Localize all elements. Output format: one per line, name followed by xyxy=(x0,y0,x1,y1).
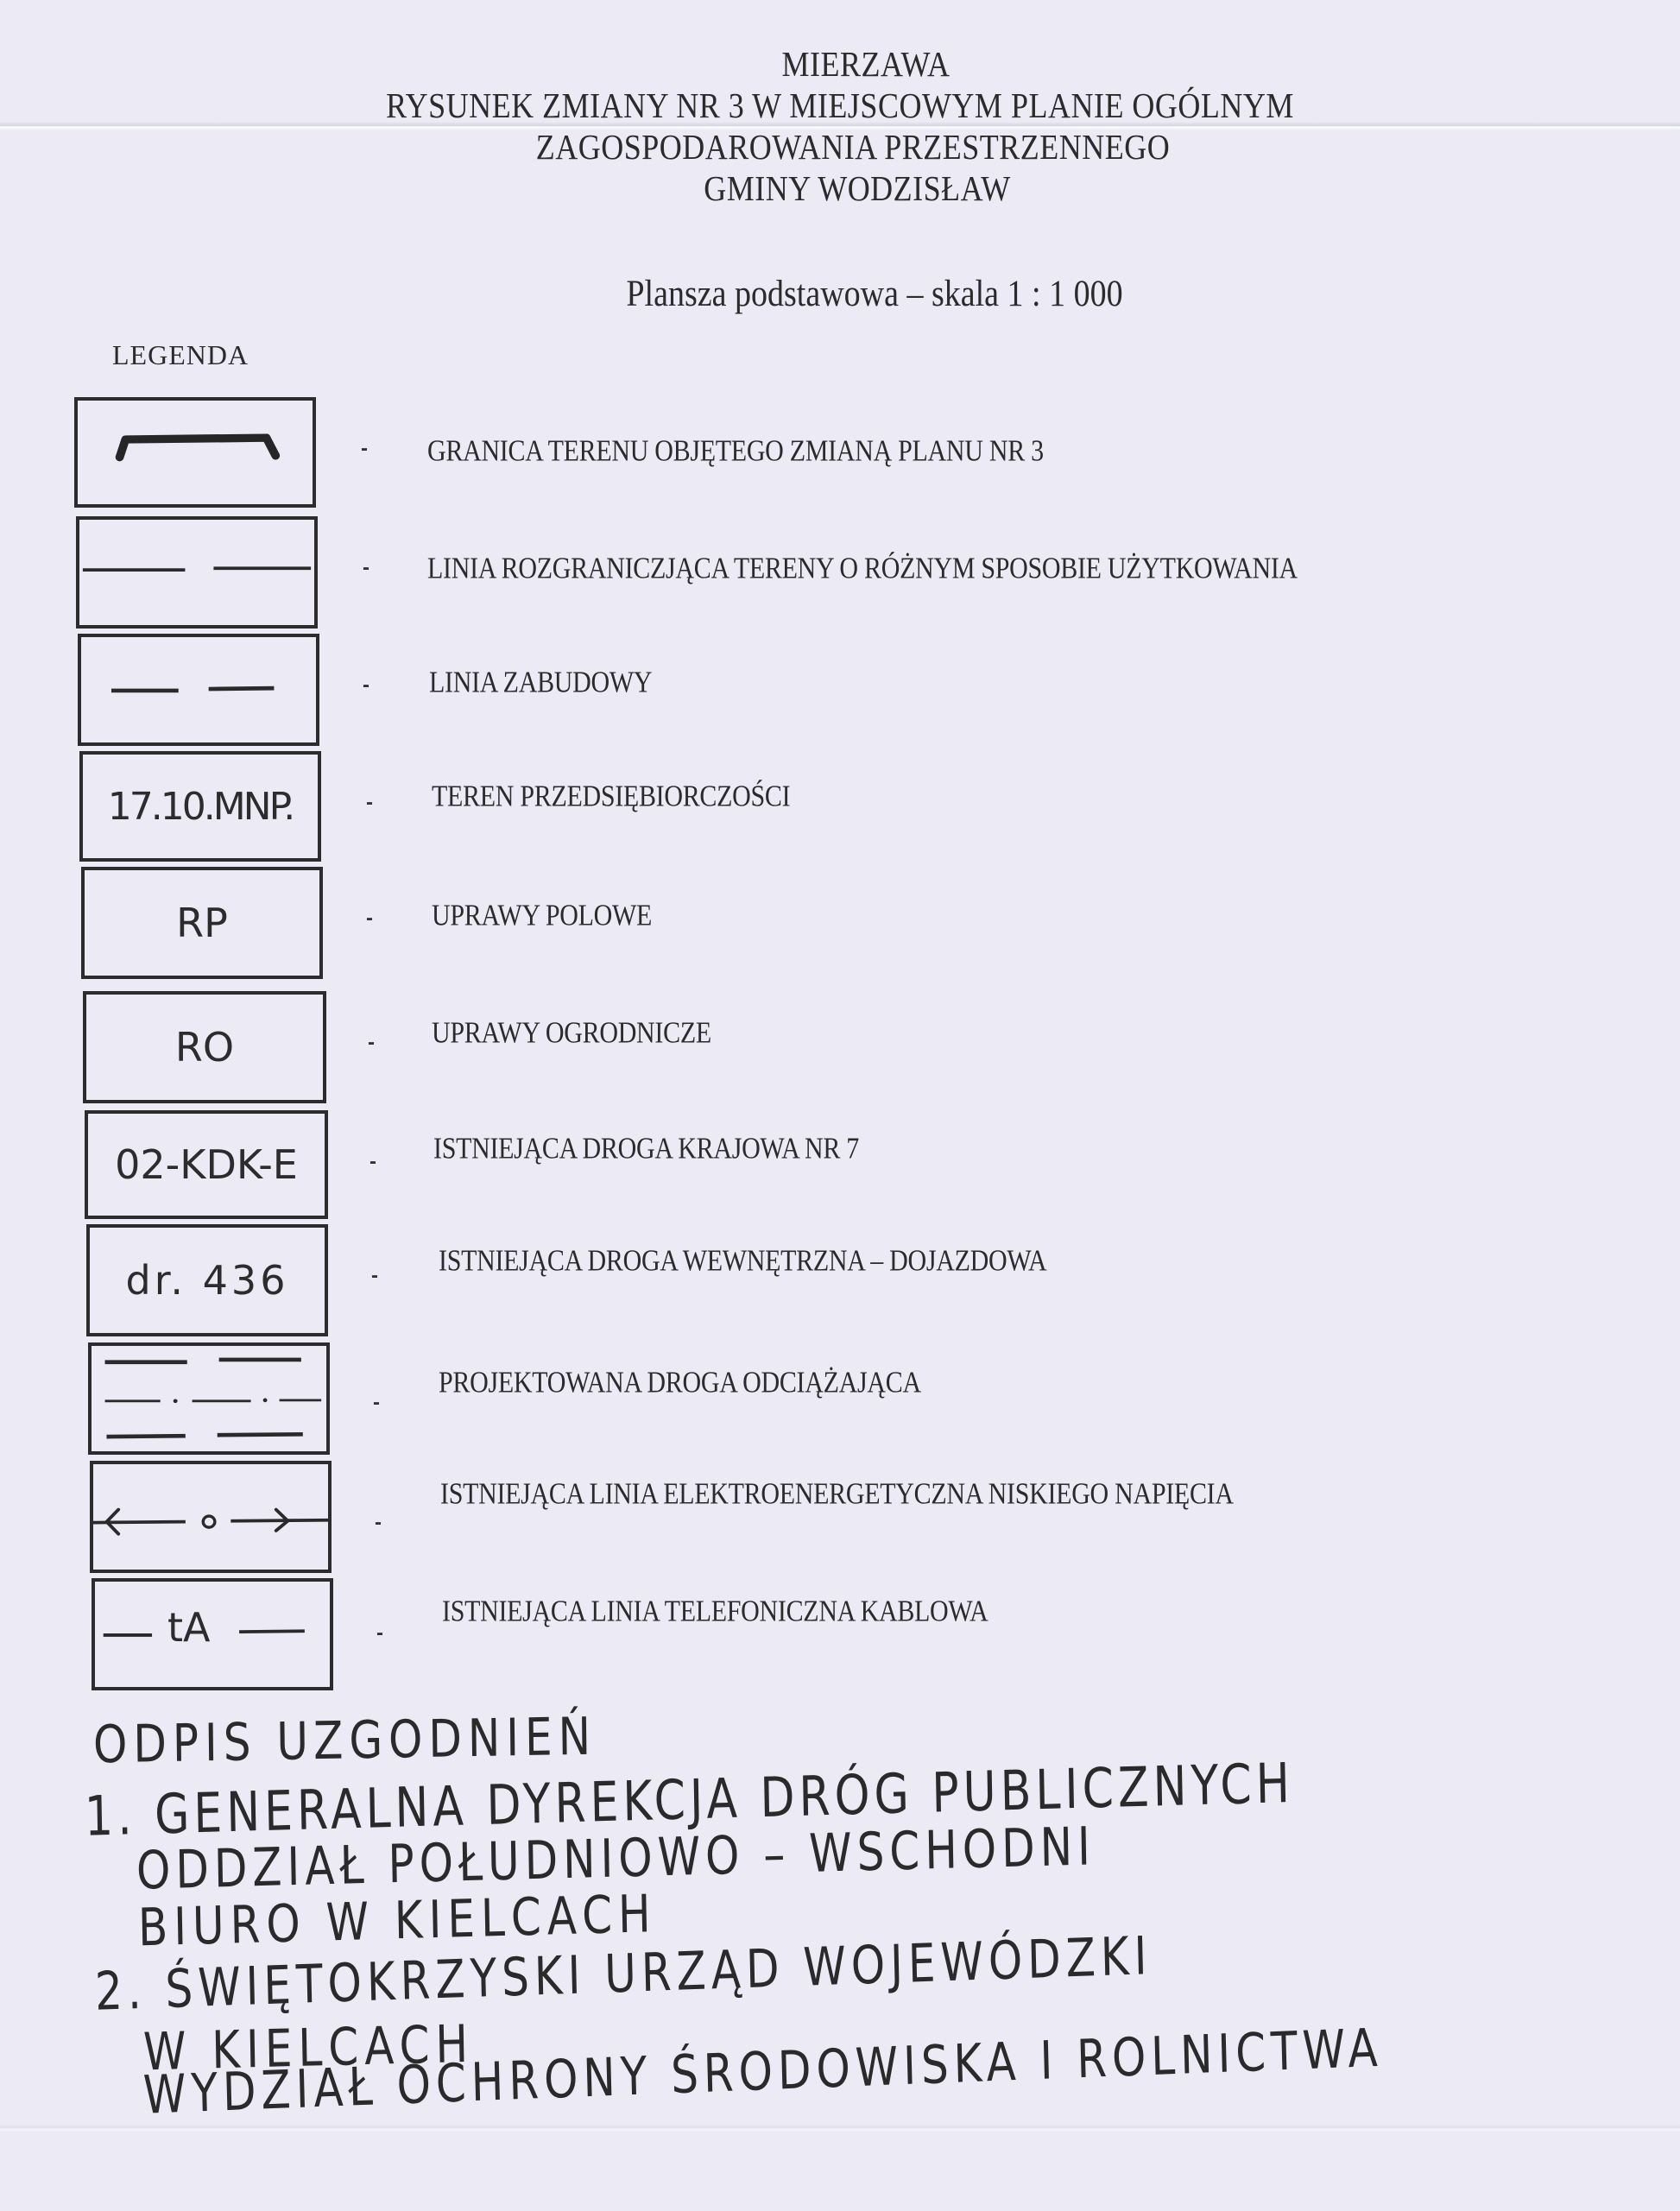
legend-symbol-code: 17.10.MNP. xyxy=(79,751,321,862)
scan-artifact-band-bottom xyxy=(0,2124,1680,2132)
legend-item: - PROJEKTOWANA DROGA ODCIĄŻAJĄCA xyxy=(0,1342,1680,1455)
legend-label: ISTNIEJĄCA DROGA WEWNĘTRZNA – DOJAZDOWA xyxy=(439,1244,1046,1279)
sheet-scale-subtitle: Plansza podstawowa – skala 1 : 1 000 xyxy=(35,272,1680,316)
approvals-title: ODPIS UZGODNIEŃ xyxy=(93,1706,597,1774)
power-line-icon xyxy=(93,1464,328,1570)
legend-item: - LINIA ZABUDOWY xyxy=(0,634,1680,746)
legend-separator: - xyxy=(363,673,369,698)
legend-item: tA - ISTNIEJĄCA LINIA TELEFONICZNA KABLO… xyxy=(0,1578,1680,1690)
legend-item: 17.10.MNP. - TEREN PRZEDSIĘBIORCZOŚCI xyxy=(0,751,1680,863)
telephone-cable-icon xyxy=(95,1582,330,1687)
legend-item: RO - UPRAWY OGRODNICZE xyxy=(0,991,1680,1103)
legend-item: - GRANICA TERENU OBJĘTEGO ZMIANĄ PLANU N… xyxy=(0,397,1680,509)
legend-separator: - xyxy=(363,556,369,580)
projected-road-icon xyxy=(92,1346,326,1451)
legend-label: UPRAWY OGRODNICZE xyxy=(432,1016,711,1051)
legend-label: ISTNIEJĄCA LINIA ELEKTROENERGETYCZNA NIS… xyxy=(440,1477,1234,1512)
road-code-label: 02-KDK-E xyxy=(88,1114,325,1216)
legend-separator: - xyxy=(361,437,368,461)
building-line-icon xyxy=(81,637,316,742)
legend-title: LEGENDA xyxy=(112,339,249,371)
legend-symbol-code: RO xyxy=(83,991,326,1103)
legend-symbol-code: 02-KDK-E xyxy=(85,1110,328,1219)
header-plan-type: ZAGOSPODAROWANIA PRZESTRZENNEGO xyxy=(26,123,1680,170)
legend-label: ISTNIEJĄCA DROGA KRAJOWA NR 7 xyxy=(433,1132,859,1166)
legend-label: LINIA ROZGRANICZJĄCA TERENY O RÓŻNYM SPO… xyxy=(427,552,1298,586)
legend-label: LINIA ZABUDOWY xyxy=(429,666,652,700)
legend-symbol-power-line xyxy=(90,1461,332,1573)
legend-symbol-demarcation-line xyxy=(76,516,318,629)
legend-item: 02-KDK-E - ISTNIEJĄCA DROGA KRAJOWA NR 7 xyxy=(0,1110,1680,1222)
demarcation-line-icon xyxy=(79,520,314,625)
legend-label: GRANICA TERENU OBJĘTEGO ZMIANĄ PLANU NR … xyxy=(427,434,1044,469)
legend-item: - LINIA ROZGRANICZJĄCA TERENY O RÓŻNYM S… xyxy=(0,516,1680,629)
legend-separator: - xyxy=(366,907,373,931)
zone-code-label: RO xyxy=(86,995,323,1100)
legend-separator: - xyxy=(376,1621,383,1646)
header-municipality: GMINY WODZISŁAW xyxy=(35,164,1680,212)
legend-symbol-projected-road xyxy=(88,1342,330,1455)
legend-symbol-code: RP xyxy=(81,867,323,979)
legend-item: - ISTNIEJĄCA LINIA ELEKTROENERGETYCZNA N… xyxy=(0,1461,1680,1573)
road-code-label: dr. 436 xyxy=(90,1228,325,1333)
legend-separator: - xyxy=(375,1511,382,1535)
header-drawing-title: RYSUNEK ZMIANY NR 3 W MIEJSCOWYM PLANIE … xyxy=(0,81,1680,129)
legend-separator: - xyxy=(373,1391,380,1415)
boundary-line-icon xyxy=(78,401,313,504)
legend-separator: - xyxy=(369,1150,376,1174)
zone-code-label: 17.10.MNP. xyxy=(83,755,318,858)
legend-separator: - xyxy=(368,1031,375,1055)
legend-item: dr. 436 - ISTNIEJĄCA DROGA WEWNĘTRZNA – … xyxy=(0,1224,1680,1336)
document-header: MIERZAWA RYSUNEK ZMIANY NR 3 W MIEJSCOWY… xyxy=(0,43,1680,209)
legend-label: TEREN PRZEDSIĘBIORCZOŚCI xyxy=(432,780,790,814)
zone-code-label: RP xyxy=(85,870,319,976)
legend-symbol-boundary-line xyxy=(74,397,316,508)
legend-symbol-building-line xyxy=(78,634,319,746)
header-place-name: MIERZAWA xyxy=(52,40,1680,87)
legend-item: RP - UPRAWY POLOWE xyxy=(0,867,1680,979)
legend-label: UPRAWY POLOWE xyxy=(432,899,652,933)
legend-symbol-telephone-cable: tA xyxy=(92,1578,333,1690)
legend-separator: - xyxy=(366,791,373,815)
telephone-cable-code: tA xyxy=(167,1604,211,1651)
legend-label: PROJEKTOWANA DROGA ODCIĄŻAJĄCA xyxy=(439,1366,921,1400)
legend-separator: - xyxy=(371,1264,378,1288)
legend-symbol-code: dr. 436 xyxy=(86,1224,328,1336)
legend-label: ISTNIEJĄCA LINIA TELEFONICZNA KABLOWA xyxy=(442,1595,988,1629)
